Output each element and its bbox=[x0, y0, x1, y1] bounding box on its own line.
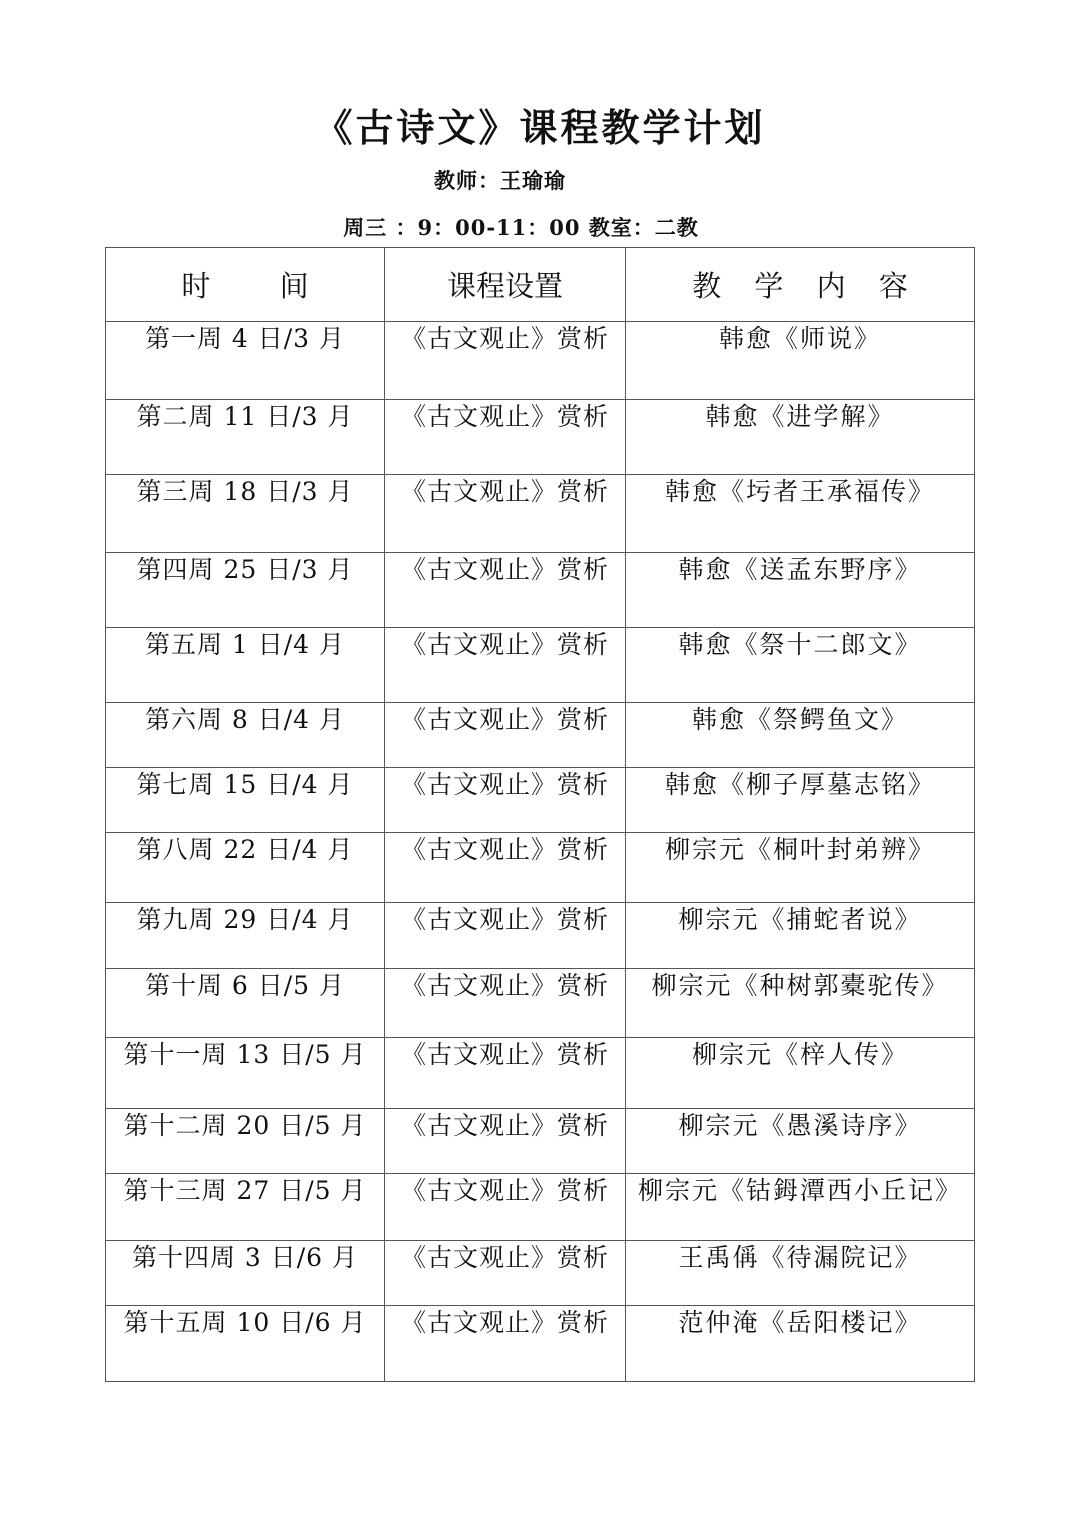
table-row: 第十四周 3 日/6 月《古文观止》赏析王禹偁《待漏院记》 bbox=[106, 1241, 975, 1306]
cell-content: 韩愈《进学解》 bbox=[626, 400, 975, 475]
cell-content: 柳宗元《种树郭橐驼传》 bbox=[626, 969, 975, 1038]
cell-course: 《古文观止》赏析 bbox=[385, 553, 626, 628]
cell-time: 第十周 6 日/5 月 bbox=[106, 969, 385, 1038]
cell-time: 第五周 1 日/4 月 bbox=[106, 628, 385, 703]
cell-content: 柳宗元《桐叶封弟辨》 bbox=[626, 833, 975, 903]
cell-course: 《古文观止》赏析 bbox=[385, 1241, 626, 1306]
table-body: 第一周 4 日/3 月《古文观止》赏析韩愈《师说》第二周 11 日/3 月《古文… bbox=[106, 322, 975, 1382]
cell-time: 第二周 11 日/3 月 bbox=[106, 400, 385, 475]
cell-content: 韩愈《祭十二郎文》 bbox=[626, 628, 975, 703]
cell-course: 《古文观止》赏析 bbox=[385, 903, 626, 969]
cell-time: 第七周 15 日/4 月 bbox=[106, 768, 385, 833]
cell-course: 《古文观止》赏析 bbox=[385, 1109, 626, 1174]
table-row: 第一周 4 日/3 月《古文观止》赏析韩愈《师说》 bbox=[106, 322, 975, 400]
table-row: 第七周 15 日/4 月《古文观止》赏析韩愈《柳子厚墓志铭》 bbox=[106, 768, 975, 833]
cell-time: 第三周 18 日/3 月 bbox=[106, 475, 385, 553]
header-content: 教 学 内 容 bbox=[626, 248, 975, 322]
cell-time: 第十二周 20 日/5 月 bbox=[106, 1109, 385, 1174]
table-row: 第十五周 10 日/6 月《古文观止》赏析范仲淹《岳阳楼记》 bbox=[106, 1306, 975, 1382]
table-row: 第六周 8 日/4 月《古文观止》赏析韩愈《祭鳄鱼文》 bbox=[106, 703, 975, 768]
cell-course: 《古文观止》赏析 bbox=[385, 833, 626, 903]
cell-course: 《古文观止》赏析 bbox=[385, 1174, 626, 1241]
cell-time: 第一周 4 日/3 月 bbox=[106, 322, 385, 400]
table-row: 第二周 11 日/3 月《古文观止》赏析韩愈《进学解》 bbox=[106, 400, 975, 475]
table-row: 第十三周 27 日/5 月《古文观止》赏析柳宗元《钴鉧潭西小丘记》 bbox=[106, 1174, 975, 1241]
cell-course: 《古文观止》赏析 bbox=[385, 768, 626, 833]
cell-time: 第六周 8 日/4 月 bbox=[106, 703, 385, 768]
header-course: 课程设置 bbox=[385, 248, 626, 322]
cell-content: 王禹偁《待漏院记》 bbox=[626, 1241, 975, 1306]
cell-course: 《古文观止》赏析 bbox=[385, 969, 626, 1038]
cell-content: 韩愈《圬者王承福传》 bbox=[626, 475, 975, 553]
table-row: 第十周 6 日/5 月《古文观止》赏析柳宗元《种树郭橐驼传》 bbox=[106, 969, 975, 1038]
table-header-row: 时 间 课程设置 教 学 内 容 bbox=[106, 248, 975, 322]
cell-content: 柳宗元《捕蛇者说》 bbox=[626, 903, 975, 969]
cell-time: 第十五周 10 日/6 月 bbox=[106, 1306, 385, 1382]
cell-content: 韩愈《祭鳄鱼文》 bbox=[626, 703, 975, 768]
table-row: 第八周 22 日/4 月《古文观止》赏析柳宗元《桐叶封弟辨》 bbox=[106, 833, 975, 903]
cell-content: 柳宗元《梓人传》 bbox=[626, 1038, 975, 1109]
cell-course: 《古文观止》赏析 bbox=[385, 400, 626, 475]
table-row: 第九周 29 日/4 月《古文观止》赏析柳宗元《捕蛇者说》 bbox=[106, 903, 975, 969]
cell-course: 《古文观止》赏析 bbox=[385, 628, 626, 703]
cell-content: 柳宗元《愚溪诗序》 bbox=[626, 1109, 975, 1174]
table-row: 第十一周 13 日/5 月《古文观止》赏析柳宗元《梓人传》 bbox=[106, 1038, 975, 1109]
course-plan-table: 时 间 课程设置 教 学 内 容 第一周 4 日/3 月《古文观止》赏析韩愈《师… bbox=[105, 247, 975, 1382]
cell-course: 《古文观止》赏析 bbox=[385, 1038, 626, 1109]
cell-course: 《古文观止》赏析 bbox=[385, 475, 626, 553]
table-row: 第十二周 20 日/5 月《古文观止》赏析柳宗元《愚溪诗序》 bbox=[106, 1109, 975, 1174]
cell-content: 柳宗元《钴鉧潭西小丘记》 bbox=[626, 1174, 975, 1241]
cell-time: 第四周 25 日/3 月 bbox=[106, 553, 385, 628]
cell-content: 范仲淹《岳阳楼记》 bbox=[626, 1306, 975, 1382]
cell-time: 第九周 29 日/4 月 bbox=[106, 903, 385, 969]
cell-course: 《古文观止》赏析 bbox=[385, 322, 626, 400]
cell-content: 韩愈《师说》 bbox=[626, 322, 975, 400]
schedule-line: 周三 ：9：00-11：00 教室：二教 bbox=[0, 213, 1042, 243]
table-row: 第四周 25 日/3 月《古文观止》赏析韩愈《送孟东野序》 bbox=[106, 553, 975, 628]
table-row: 第五周 1 日/4 月《古文观止》赏析韩愈《祭十二郎文》 bbox=[106, 628, 975, 703]
cell-course: 《古文观止》赏析 bbox=[385, 1306, 626, 1382]
cell-time: 第十四周 3 日/6 月 bbox=[106, 1241, 385, 1306]
cell-time: 第十三周 27 日/5 月 bbox=[106, 1174, 385, 1241]
document-title: 《古诗文》课程教学计划 bbox=[0, 102, 1080, 154]
cell-content: 韩愈《柳子厚墓志铭》 bbox=[626, 768, 975, 833]
cell-time: 第十一周 13 日/5 月 bbox=[106, 1038, 385, 1109]
header-time: 时 间 bbox=[106, 248, 385, 322]
cell-content: 韩愈《送孟东野序》 bbox=[626, 553, 975, 628]
table-row: 第三周 18 日/3 月《古文观止》赏析韩愈《圬者王承福传》 bbox=[106, 475, 975, 553]
cell-course: 《古文观止》赏析 bbox=[385, 703, 626, 768]
cell-time: 第八周 22 日/4 月 bbox=[106, 833, 385, 903]
teacher-line: 教师：王瑜瑜 bbox=[0, 166, 1000, 196]
